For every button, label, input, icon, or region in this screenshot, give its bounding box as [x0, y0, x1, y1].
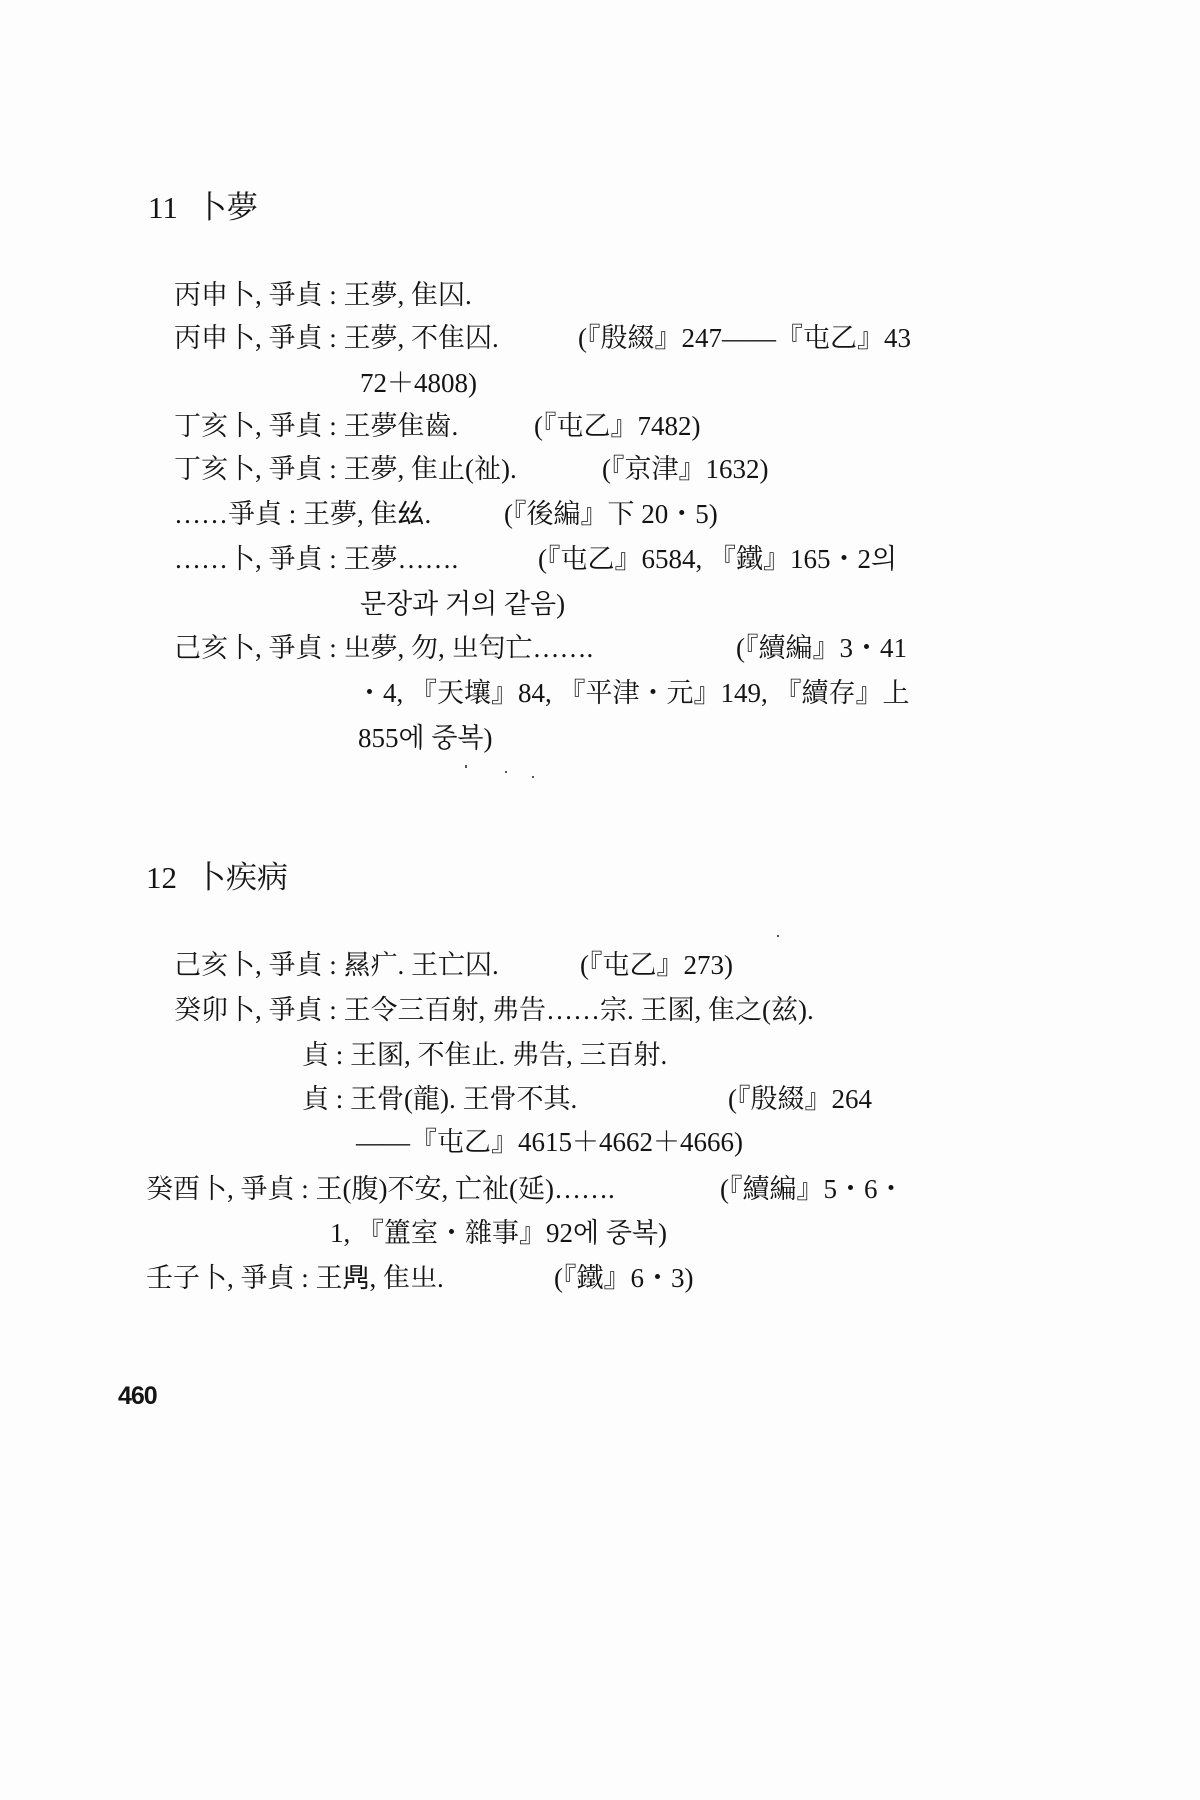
inscription-line: 貞 : 王骨𠃬(龍). 王骨不其𠃬.	[302, 1081, 577, 1117]
citation-text: (『屯乙』7482)	[534, 411, 700, 441]
citation-text: (『鐵』6・3)	[554, 1263, 693, 1293]
citation-text: 1, 『簠室・雜事』92에 중복)	[330, 1218, 667, 1248]
citation: (『後編』下 20・5)	[504, 496, 718, 532]
citation: (『鐵』6・3)	[554, 1260, 693, 1296]
book-page: 11卜夢 丙申卜, 爭貞 : 王夢, 隹囚. 丙申卜, 爭貞 : 王夢, 不隹囚…	[0, 0, 1200, 1800]
inscription-line: 癸卯卜, 爭貞 : 王令三百射, 弗告……宗. 王圂, 隹之(兹).	[174, 992, 814, 1028]
scan-speck	[465, 765, 467, 768]
citation-text: (『後編』下 20・5)	[504, 499, 718, 529]
citation: (『殷綴』247——『屯乙』43	[578, 320, 911, 356]
citation-continued: ——『屯乙』4615＋4662＋4666)	[356, 1124, 743, 1160]
inscription-text: ……卜, 爭貞 : 王夢…….	[174, 544, 458, 574]
citation-text: ——『屯乙』4615＋4662＋4666)	[356, 1127, 743, 1157]
citation-text: 72＋4808)	[360, 368, 477, 398]
inscription-line: ……卜, 爭貞 : 王夢…….	[174, 541, 458, 577]
page-number: 460	[118, 1380, 157, 1412]
citation: (『屯乙』7482)	[534, 408, 700, 444]
inscription-line: 丙申卜, 爭貞 : 王夢, 不隹囚.	[174, 320, 499, 356]
citation-continued: 문장과 거의 같음)	[360, 586, 565, 622]
citation: (『屯乙』273)	[580, 947, 733, 983]
section-heading-12: 12卜疾病	[146, 858, 288, 898]
inscription-text: 丁亥卜, 爭貞 : 王夢隹齒.	[174, 411, 458, 441]
section-title: 卜疾病	[195, 860, 288, 895]
inscription-line: ……爭貞 : 王夢, 隹𢆶.	[174, 496, 431, 532]
section-number: 12	[146, 860, 177, 895]
inscription-line: 己亥卜, 爭貞 : 㬎疒. 王亡囚.	[174, 947, 499, 983]
inscription-text: 壬子卜, 爭貞 : 王𪔂, 隹㞢𡉉.	[146, 1263, 444, 1293]
inscription-text: 己亥卜, 爭貞 : 㬎疒. 王亡囚.	[174, 950, 499, 980]
inscription-line: 貞 : 王圂, 不隹止. 弗告, 三百射.	[302, 1037, 667, 1073]
citation: (『屯乙』6584, 『鐵』165・2의	[538, 541, 897, 577]
inscription-text: 丁亥卜, 爭貞 : 王夢, 隹止(祉).	[174, 454, 517, 484]
citation: (『續編』3・41	[736, 630, 907, 666]
inscription-text: 己亥卜, 爭貞 : 𡆥㞢夢, 勿𣎵, 㞢匄亡…….	[174, 633, 593, 663]
citation-text: (『屯乙』273)	[580, 950, 733, 980]
scan-speck	[505, 771, 507, 773]
inscription-line: 癸酉卜, 爭貞 : 王𦝫(腹)不安, 亡祉(延)…….	[146, 1171, 615, 1207]
citation-text: (『殷綴』264	[728, 1084, 872, 1114]
citation-text: (『屯乙』6584, 『鐵』165・2의	[538, 544, 897, 574]
citation-text: (『殷綴』247——『屯乙』43	[578, 323, 911, 353]
citation-continued: 72＋4808)	[360, 365, 477, 401]
citation-text: 855에 중복)	[358, 723, 493, 753]
section-heading-11: 11卜夢	[148, 188, 258, 228]
section-title: 卜夢	[196, 190, 258, 225]
inscription-text: 癸酉卜, 爭貞 : 王𦝫(腹)不安, 亡祉(延)…….	[146, 1174, 615, 1204]
inscription-line: 壬子卜, 爭貞 : 王𪔂, 隹㞢𡉉.	[146, 1260, 444, 1296]
citation-text: (『續編』3・41	[736, 633, 907, 663]
citation: (『殷綴』264	[728, 1081, 872, 1117]
inscription-text: 貞 : 王圂, 不隹止. 弗告, 三百射.	[302, 1040, 667, 1070]
inscription-line: 丁亥卜, 爭貞 : 王夢, 隹止(祉).	[174, 451, 517, 487]
inscription-text: 貞 : 王骨𠃬(龍). 王骨不其𠃬.	[302, 1084, 577, 1114]
citation-text: 문장과 거의 같음)	[360, 589, 565, 619]
citation: (『京津』1632)	[602, 451, 768, 487]
inscription-text: ……爭貞 : 王夢, 隹𢆶.	[174, 499, 431, 529]
citation-text: ・4, 『天壤』84, 『平津・元』149, 『續存』上	[356, 678, 910, 708]
inscription-line: 丁亥卜, 爭貞 : 王夢隹齒.	[174, 408, 458, 444]
citation: (『續編』5・6・	[720, 1171, 905, 1207]
citation-text: (『京津』1632)	[602, 454, 768, 484]
scan-speck	[777, 935, 779, 937]
scan-speck	[532, 776, 534, 778]
inscription-line: 己亥卜, 爭貞 : 𡆥㞢夢, 勿𣎵, 㞢匄亡…….	[174, 630, 593, 666]
inscription-text: 癸卯卜, 爭貞 : 王令三百射, 弗告……宗. 王圂, 隹之(兹).	[174, 995, 814, 1025]
section-number: 11	[148, 190, 178, 225]
inscription-line: 丙申卜, 爭貞 : 王夢, 隹囚.	[174, 277, 472, 313]
inscription-text: 丙申卜, 爭貞 : 王夢, 不隹囚.	[174, 323, 499, 353]
citation-text: (『續編』5・6・	[720, 1174, 905, 1204]
citation-continued: 855에 중복)	[358, 720, 493, 756]
inscription-text: 丙申卜, 爭貞 : 王夢, 隹囚.	[174, 280, 472, 310]
citation-continued: ・4, 『天壤』84, 『平津・元』149, 『續存』上	[356, 675, 910, 711]
citation-continued: 1, 『簠室・雜事』92에 중복)	[330, 1215, 667, 1251]
